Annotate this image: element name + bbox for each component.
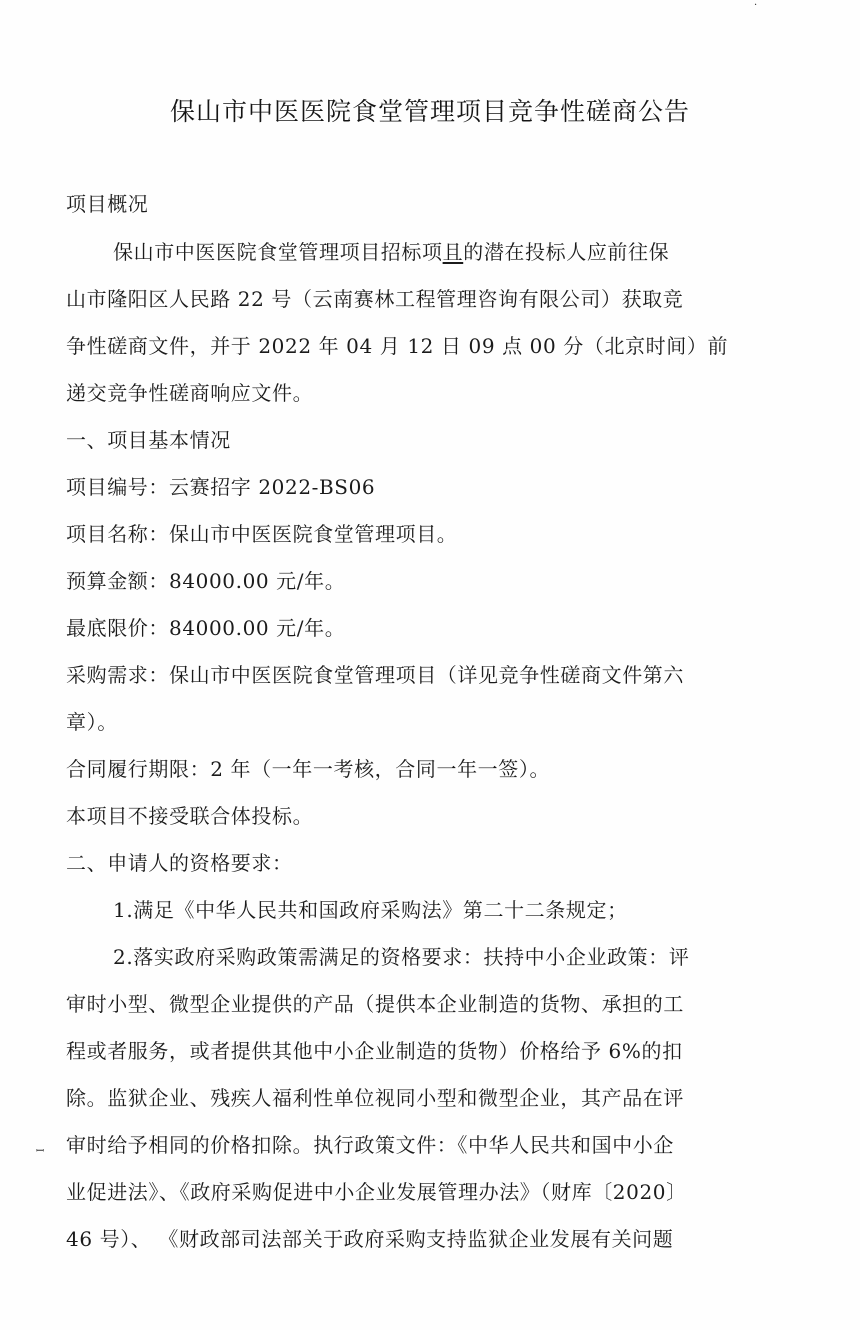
minimum-price: 最底限价：84000.00 元/年。 xyxy=(66,612,345,641)
overview-underlined-char: 且 xyxy=(443,240,464,264)
overview-line-1: 保山市中医医院食堂管理项目招标项且的潜在投标人应前往保 xyxy=(113,236,669,265)
project-name: 项目名称：保山市中医医院食堂管理项目。 xyxy=(66,518,457,547)
overview-line-2: 山市隆阳区人民路 22 号（云南赛林工程管理咨询有限公司）获取竞 xyxy=(66,283,683,312)
procurement-needs: 采购需求：保山市中医医院食堂管理项目（详见竞争性磋商文件第六 xyxy=(66,659,684,688)
document-title: 保山市中医医院食堂管理项目竞争性磋商公告 xyxy=(0,92,860,128)
document-page: 保山市中医医院食堂管理项目竞争性磋商公告 项目概况 保山市中医医院食堂管理项目招… xyxy=(0,0,860,1330)
overview-line-3: 争性磋商文件，并于 2022 年 04 月 12 日 09 点 00 分（北京时… xyxy=(66,330,728,359)
requirement-2: 2.落实政府采购政策需满足的资格要求：扶持中小企业政策：评 xyxy=(113,941,689,970)
project-number: 项目编号：云赛招字 2022-BS06 xyxy=(66,471,375,500)
requirement-2-line-6: 业促进法》、《政府采购促进中小企业发展管理办法》（财库〔2020〕 xyxy=(66,1176,687,1205)
requirement-2-line-4: 除。监狱企业、残疾人福利性单位视同小型和微型企业，其产品在评 xyxy=(66,1082,684,1111)
requirement-2-line-5: 审时给予相同的价格扣除。执行政策文件：《中华人民共和国中小企 xyxy=(66,1129,674,1158)
overview-line-4: 递交竞争性磋商响应文件。 xyxy=(66,377,313,406)
overview-heading: 项目概况 xyxy=(66,188,148,217)
budget-amount: 预算金额：84000.00 元/年。 xyxy=(66,565,345,594)
requirement-2-line-2: 审时小型、微型企业提供的产品（提供本企业制造的货物、承担的工 xyxy=(66,988,684,1017)
requirement-1: 1.满足《中华人民共和国政府采购法》第二十二条规定； xyxy=(113,894,628,923)
scan-mark: ꟷ xyxy=(36,1143,44,1157)
procurement-needs-cont: 章）。 xyxy=(66,706,118,735)
overview-line-1b: 的潜在投标人应前往保 xyxy=(463,240,669,264)
section2-heading: 二、申请人的资格要求： xyxy=(66,847,293,876)
requirement-2-line-3: 程或者服务，或者提供其他中小企业制造的货物）价格给予 6%的扣 xyxy=(66,1035,683,1064)
section1-heading: 一、项目基本情况 xyxy=(66,424,231,453)
overview-line-1a: 保山市中医医院食堂管理项目招标项 xyxy=(113,240,443,264)
contract-period: 合同履行期限：2 年（一年一考核，合同一年一签）。 xyxy=(66,753,550,782)
scan-mark-top: · xyxy=(754,0,757,11)
consortium-note: 本项目不接受联合体投标。 xyxy=(66,800,313,829)
requirement-2-line-7: 46 号）、 《财政部司法部关于政府采购支持监狱企业发展有关问题 xyxy=(66,1223,673,1252)
